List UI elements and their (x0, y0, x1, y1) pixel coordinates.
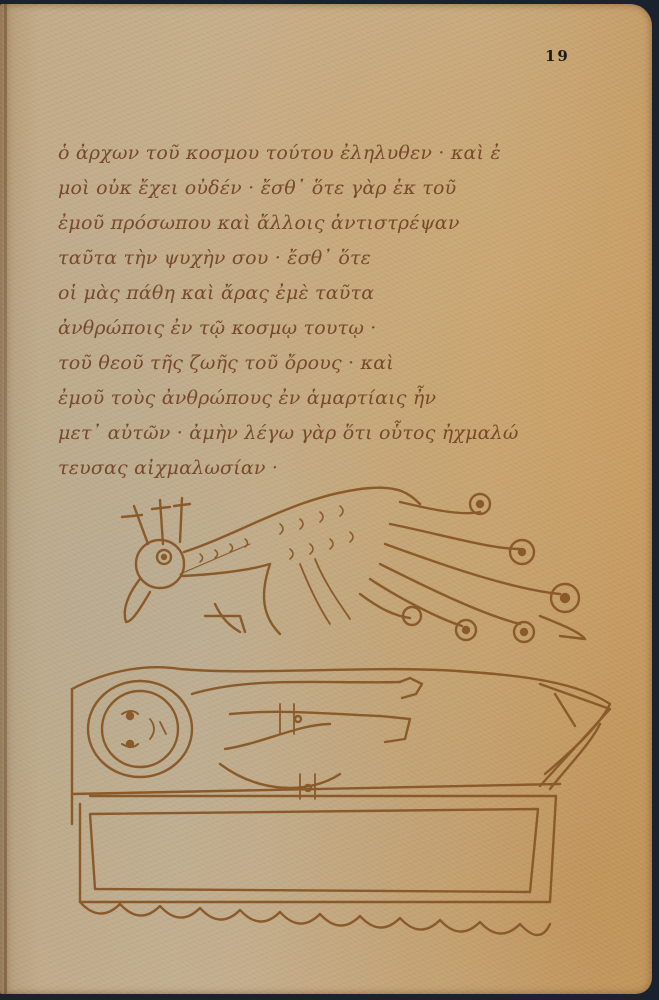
text-line: ἐμοῦ τοὺς ἀνθρώπους ἐν ἁμαρτίαις ἦν (58, 381, 588, 416)
manuscript-folio: 19 ὁ ἀρχων τοῦ κοσμου τούτου ἐληλυθεν · … (0, 4, 652, 994)
text-line: οἱ μὰς πάθη καὶ ἄρας ἐμὲ ταῦτα (58, 276, 588, 311)
tail-feathers-icon (360, 494, 585, 642)
phoenix-bird-icon (122, 488, 585, 642)
shrouded-figure-icon (72, 667, 610, 824)
text-line: ὁ ἀρχων τοῦ κοσμου τούτου ἐληλυθεν · καὶ… (58, 136, 588, 171)
text-line: μετ᾽ αὐτῶν · ἀμὴν λέγω γὰρ ὅτι οὗτος ἠχμ… (58, 416, 588, 451)
viewer-viewport: 19 ὁ ἀρχων τοῦ κοσμου τούτου ἐληλυθεν · … (0, 0, 659, 1000)
bier-icon (72, 784, 560, 935)
text-line: τοῦ θεοῦ τῆς ζωῆς τοῦ ὄρους · καὶ (58, 346, 588, 381)
phoenix-illustration (0, 474, 652, 944)
text-line: μοὶ οὐκ ἔχει οὐδέν · ἔσθ᾽ ὅτε γὰρ ἐκ τοῦ (58, 171, 588, 206)
crest-crosses-icon (122, 498, 190, 544)
text-line: ἐμοῦ πρόσωπου καὶ ἄλλοις ἀντιστρέψαν (58, 206, 588, 241)
folio-number: 19 (545, 47, 570, 65)
manuscript-text-block: ὁ ἀρχων τοῦ κοσμου τούτου ἐληλυθεν · καὶ… (58, 136, 588, 486)
text-line: ταῦτα τὴν ψυχὴν σου · ἔσθ᾽ ὅτε (58, 241, 588, 276)
text-line: ἀνθρώποις ἐν τῷ κοσμῳ τουτῳ · (58, 311, 588, 346)
